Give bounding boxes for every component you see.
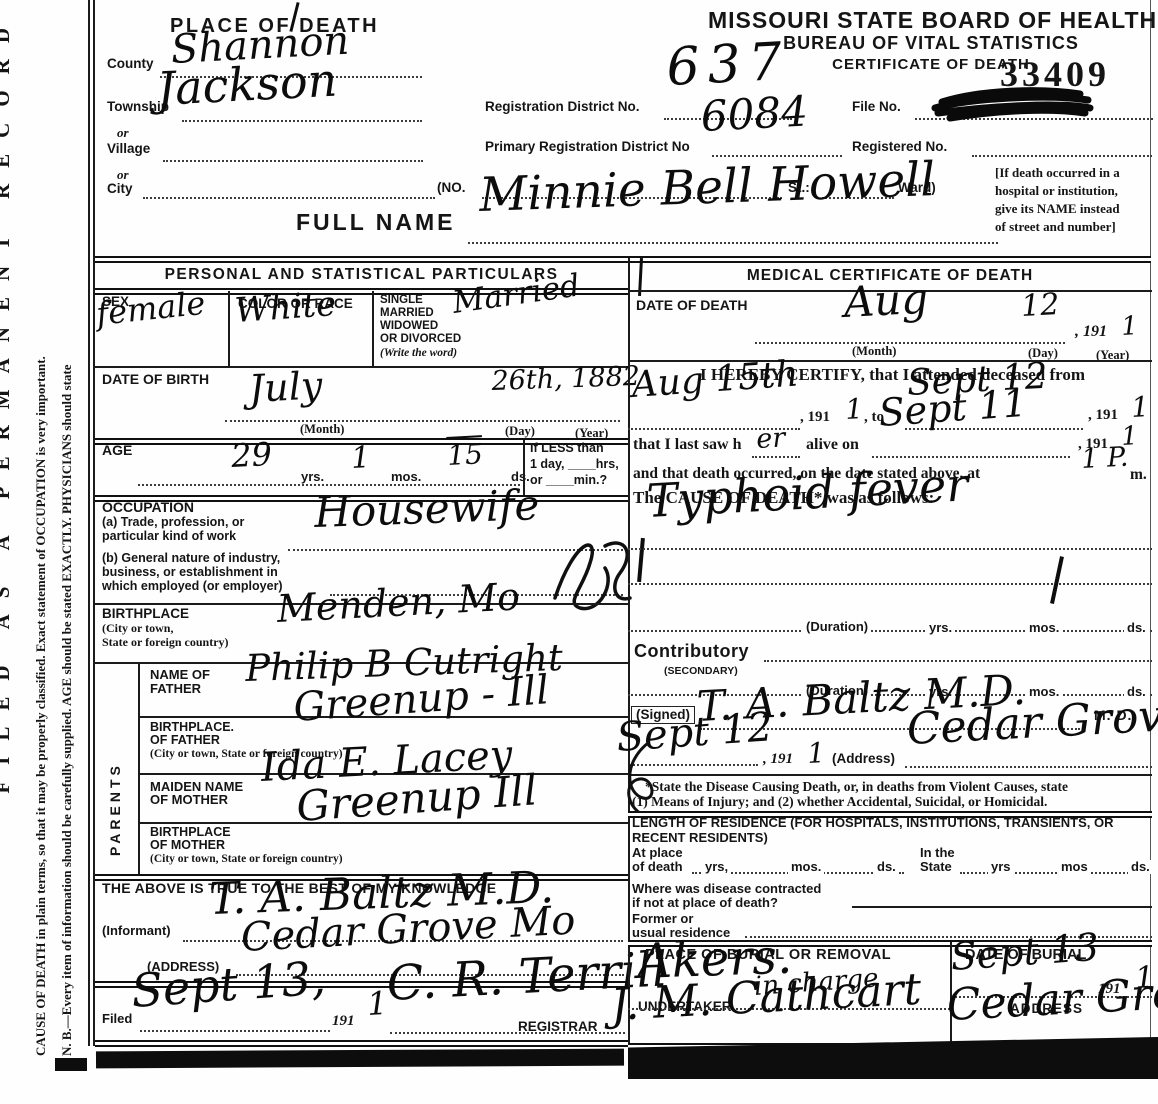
residence-heading-line1: LENGTH OF RESIDENCE (FOR HOSPITALS, INST… — [632, 816, 1114, 830]
month-sublabel: (Month) — [300, 423, 344, 436]
hospital-note-line1: [If death occurred in a — [995, 166, 1120, 180]
parents-vertical-label: PARENTS — [108, 666, 123, 856]
signed-year-preprint: , 191 — [763, 752, 793, 768]
marital-label-line4: OR DIVORCED — [380, 333, 461, 345]
primary-registration-label: Primary Registration District No — [485, 140, 690, 154]
margin-note-inner: CAUSE OF DEATH in plain terms, so that i… — [34, 11, 48, 1056]
undertaker-name-handwriting: J. M. Cathcart — [610, 968, 923, 1028]
attended-from-handwriting: Aug 15th — [630, 356, 799, 404]
dotted-line — [468, 242, 998, 244]
dotted-line — [628, 583, 1152, 585]
to-year-preprint: , 191 — [1088, 408, 1118, 424]
color-race-value-handwriting: White — [234, 287, 338, 328]
birthplace-sublabel-1: (City or town, — [102, 622, 173, 635]
dotted-line — [628, 548, 1152, 550]
dotted-line — [764, 660, 1152, 662]
city-label: City — [107, 182, 133, 196]
death-certificate-scan: FILED AS A PERMANENT RECORD CAUSE OF DEA… — [0, 0, 1158, 1104]
occupation-value-handwriting: Housewife — [314, 484, 540, 534]
month-sublabel: (Month) — [852, 345, 896, 358]
her-handwriting: er — [756, 425, 786, 453]
death-time-handwriting: 1 P. — [1081, 444, 1129, 473]
at-place-label-line1: At place — [632, 846, 683, 860]
at-place-mos-label: mos. — [788, 860, 824, 874]
duration-yrs-label: yrs. — [926, 621, 955, 635]
marital-label-line1: SINGLE — [380, 294, 423, 306]
header-divider — [95, 256, 1151, 263]
former-residence-label-line1: Former or — [632, 912, 693, 926]
dotted-line — [163, 160, 423, 162]
birthplace-value-handwriting: Menden, Mo — [276, 577, 521, 628]
filed-year-preprint: 191 — [332, 1014, 355, 1030]
if-less-line3: or ____min.? — [530, 474, 607, 487]
residence-heading-line2: RECENT RESIDENTS) — [632, 831, 768, 845]
hospital-note-line2: hospital or institution, — [995, 184, 1118, 198]
if-less-line1: If LESS than — [530, 442, 604, 455]
informant-label: (Informant) — [102, 924, 171, 938]
full-name-label: FULL NAME — [296, 210, 455, 234]
cell-divider — [372, 291, 374, 366]
occupation-b-line2: business, or establishment in — [102, 566, 278, 579]
last-saw-pre: that I last saw h — [633, 437, 741, 454]
filed-year-handwriting: 1 — [366, 987, 388, 1020]
duration-ds-label: ds. — [1124, 621, 1149, 635]
burial-address-handwriting: Cedar Grove — [946, 969, 1158, 1028]
death-month-handwriting: Aug — [843, 278, 929, 324]
date-of-death-label: DATE OF DEATH — [636, 298, 747, 313]
dotted-line — [872, 456, 1070, 458]
mos-unit-label: mos. — [388, 470, 424, 484]
marital-label-line2: MARRIED — [380, 307, 434, 319]
dotted-line — [905, 766, 1152, 768]
last-saw-date-handwriting: Sept 11 — [877, 384, 1028, 432]
age-years-handwriting: 29 — [230, 438, 272, 472]
date-of-birth-label: DATE OF BIRTH — [102, 372, 209, 387]
full-name-handwriting: Minnie Bell Howell — [478, 156, 936, 219]
dotted-line — [755, 342, 1065, 344]
file-no-scribble — [930, 80, 1095, 120]
at-place-ds-label: ds. — [874, 860, 899, 874]
cause-of-death-handwriting: Typhoid fever — [646, 461, 970, 524]
hospital-note-line3: give its NAME instead — [995, 202, 1120, 216]
duration-label: (Duration) — [803, 620, 871, 634]
from-year-handwriting: 1 — [845, 395, 864, 424]
hospital-note-line4: of street and number] — [995, 220, 1116, 234]
column-divider — [628, 258, 630, 1043]
death-year-handwriting: 1 — [1121, 313, 1139, 340]
contributory-label: Contributory — [634, 642, 749, 661]
file-no-label: File No. — [852, 100, 901, 114]
pen-scribble — [545, 528, 640, 612]
margin-note-outer: N. B.—Every item of information should b… — [60, 11, 74, 1056]
secondary-label: (SECONDARY) — [664, 666, 738, 677]
primary-registration-value: 6084 — [700, 90, 809, 138]
form-left-border-inner — [93, 0, 95, 1046]
birthplace-label: BIRTHPLACE — [102, 607, 189, 621]
sex-value-handwriting: female — [95, 287, 207, 330]
registration-district-label: Registration District No. — [485, 100, 640, 114]
pen-mark — [1050, 556, 1063, 604]
state-label: State — [920, 860, 952, 874]
burial-date-handwriting: Sept 13 — [949, 928, 1100, 976]
age-months-handwriting: 1 — [350, 443, 371, 474]
village-label: Village — [107, 142, 150, 156]
marital-write-word-note: (Write the word) — [380, 347, 457, 359]
dotted-line — [182, 120, 422, 122]
scan-artifact — [55, 1058, 87, 1071]
contracted-question-line1: Where was disease contracted — [632, 882, 821, 896]
father-name-label-line1: NAME OF — [150, 668, 210, 682]
mother-birthplace-sublabel: (City or town, State or foreign country) — [150, 853, 343, 865]
county-label: County — [107, 57, 154, 71]
dotted-line — [140, 1030, 330, 1032]
filed-date-handwriting: Sept 13, — [130, 955, 327, 1014]
occupation-b-line1: (b) General nature of industry, — [102, 552, 280, 565]
day-sublabel: (Day) — [505, 425, 535, 438]
at-place-label-line2: of death — [632, 860, 683, 874]
or-label-1: or — [117, 126, 129, 140]
contracted-question-line2: if not at place of death? — [632, 896, 778, 910]
state-ds-label: ds. — [1128, 860, 1153, 874]
alive-on-label: alive on — [806, 437, 859, 454]
marital-label-line3: WIDOWED — [380, 320, 438, 332]
or-label-2: or — [117, 168, 129, 182]
dotted-line — [972, 155, 1152, 157]
birth-month-handwriting: July — [248, 366, 323, 408]
township-value-handwriting: Jackson — [156, 57, 339, 112]
board-title: MISSOURI STATE BOARD OF HEALTH — [708, 8, 1154, 32]
rule-line — [852, 906, 1152, 908]
occupation-label: OCCUPATION — [102, 500, 194, 515]
occupation-a-line1: (a) Trade, profession, or — [102, 516, 244, 529]
birth-day-year-handwriting: 26th, 1882 — [491, 363, 640, 395]
dotted-line — [628, 630, 1152, 632]
cause-footnote-line1: *State the Disease Causing Death, or, in… — [645, 780, 1068, 794]
from-year-preprint: , 191 — [800, 410, 830, 426]
age-label: AGE — [102, 443, 132, 458]
rule-line — [95, 1040, 628, 1047]
cell-divider — [138, 662, 140, 876]
cause-footnote-line2: (1) Means of Injury; and (2) whether Acc… — [632, 795, 1047, 809]
registration-district-value: 637 — [665, 36, 791, 94]
duration-mos-label: mos. — [1026, 621, 1062, 635]
signed-address-label: (Address) — [832, 752, 895, 766]
father-birthplace-label-line2: OF FATHER — [150, 734, 220, 747]
state-mos-label: mos — [1058, 860, 1091, 874]
in-the-label: In the — [920, 846, 955, 860]
state-yrs-label: yrs — [988, 860, 1014, 874]
death-day-handwriting: 12 — [1020, 290, 1060, 322]
dotted-line — [143, 197, 435, 199]
cell-divider — [228, 291, 230, 366]
to-year-handwriting: 1 — [1131, 393, 1150, 422]
death-year-preprint: , 191 — [1075, 324, 1107, 341]
time-m-label: m. — [1130, 467, 1147, 483]
dotted-line — [225, 420, 620, 422]
street-no-label: (NO. — [437, 181, 466, 195]
mother-birthplace-label-line2: OF MOTHER — [150, 839, 225, 852]
birthplace-sublabel-2: State or foreign country) — [102, 636, 229, 649]
at-place-yrs-label: yrs, — [702, 860, 731, 874]
if-less-line2: 1 day, ____hrs, — [530, 458, 619, 471]
rule-line — [628, 774, 1152, 776]
signed-address-handwriting: Cedar Grove — [906, 693, 1158, 752]
age-days-handwriting: 15 — [447, 440, 484, 470]
father-name-label-line2: FATHER — [150, 682, 201, 696]
occupation-b-line3: which employed (or employer) — [102, 580, 283, 593]
filed-label: Filed — [102, 1012, 132, 1026]
mother-name-label-line2: OF MOTHER — [150, 793, 228, 807]
yrs-unit-label: yrs. — [298, 470, 327, 484]
form-left-border-outer — [88, 0, 90, 1046]
scan-artifact — [96, 1049, 624, 1069]
registrar-label: REGISTRAR — [518, 1020, 598, 1034]
dotted-line — [752, 456, 800, 458]
signed-year-handwriting: 1 — [807, 739, 826, 768]
occupation-a-line2: particular kind of work — [102, 530, 236, 543]
margin-cutoff-line: FILED AS A PERMANENT RECORD — [0, 12, 13, 1052]
